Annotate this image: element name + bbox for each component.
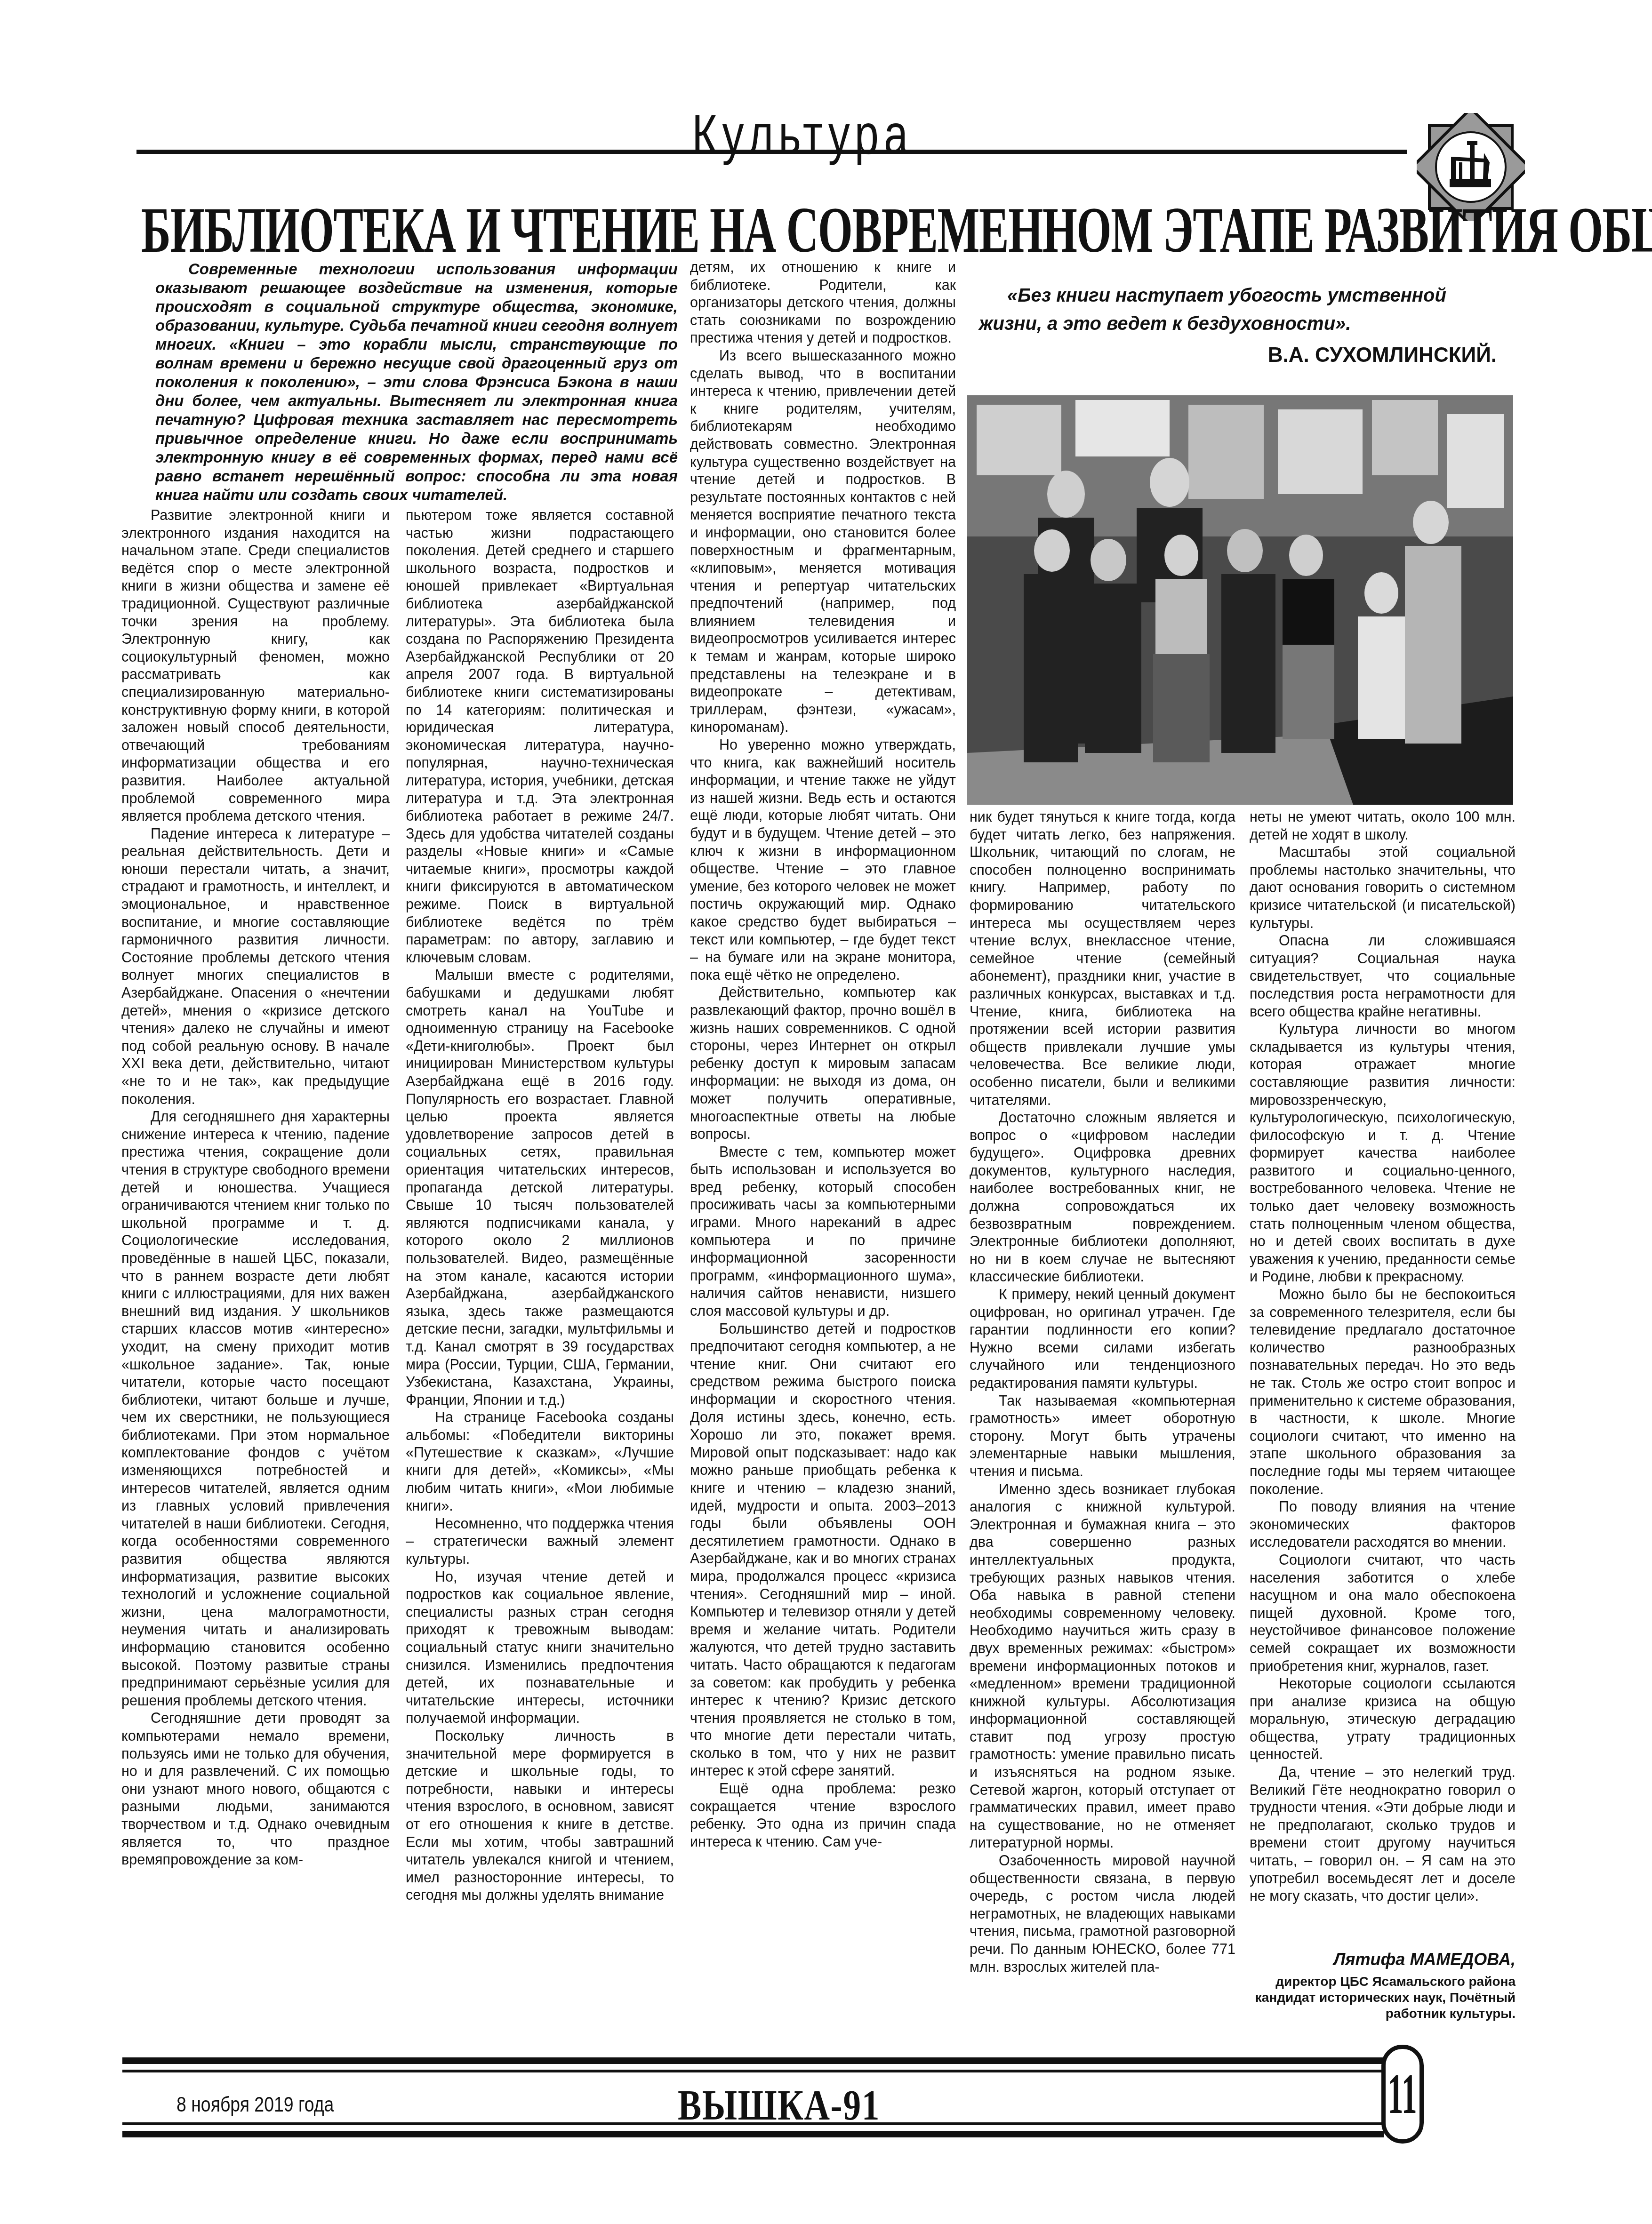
paragraph: Опасна ли сложившаяся ситуация? Социальн… xyxy=(1250,932,1516,1021)
paragraph: пьютером тоже является составной частью … xyxy=(406,507,674,967)
paragraph: Малыши вместе с родителями, бабушками и … xyxy=(406,967,674,1409)
paragraph: Но, изучая чтение детей и подростков как… xyxy=(406,1568,674,1728)
article-headline: БИБЛИОТЕКА И ЧТЕНИЕ НА СОВРЕМЕННОМ ЭТАПЕ… xyxy=(141,198,1090,263)
article-column-3: детям, их отношению к книге и библиотеке… xyxy=(690,259,956,2005)
paragraph: неты не умеют читать, около 100 млн. дет… xyxy=(1250,808,1516,844)
paragraph: Именно здесь возникает глубокая аналогия… xyxy=(970,1481,1235,1852)
paragraph: Ещё одна проблема: резко сокращается чте… xyxy=(690,1780,956,1851)
paragraph: Озабоченность мировой научной общественн… xyxy=(970,1852,1235,1976)
article-column-5: неты не умеют читать, около 100 млн. дет… xyxy=(1250,808,1516,1924)
paragraph: Сегодняшние дети проводят за компьютерам… xyxy=(121,1710,390,1869)
paragraph: Культура личности во многом складывается… xyxy=(1250,1021,1516,1286)
paragraph: Развитие электронной книги и электронног… xyxy=(121,507,390,825)
header-rule xyxy=(136,150,1407,154)
paragraph: Достаточно сложным является и вопрос о «… xyxy=(970,1109,1235,1286)
paragraph: ник будет тянуться к книге тогда, когда … xyxy=(970,808,1235,1109)
footer-rule-top-thin xyxy=(122,2070,1384,2072)
footer-rule-top-thick xyxy=(122,2057,1384,2064)
author-name: Лятифа МАМЕДОВА, xyxy=(1243,1948,1516,1971)
paragraph: Социологи считают, что часть населения з… xyxy=(1250,1552,1516,1675)
paragraph: Да, чтение – это нелегкий труд. Великий … xyxy=(1250,1764,1516,1905)
paragraph: Так называемая «компьютерная грамотность… xyxy=(970,1392,1235,1481)
article-photo xyxy=(967,395,1513,805)
paragraph: Для сегодняшнего дня характерны снижение… xyxy=(121,1108,390,1710)
paragraph: Можно было бы не беспокоиться за совреме… xyxy=(1250,1286,1516,1498)
paragraph: На странице Facebookа созданы альбомы: «… xyxy=(406,1409,674,1515)
article-column-1: Развитие электронной книги и электронног… xyxy=(121,507,390,2003)
page-number: 11 xyxy=(1388,2066,1417,2122)
article-column-4: ник будет тянуться к книге тогда, когда … xyxy=(970,808,1235,2004)
paragraph: Масштабы этой социальной проблемы настол… xyxy=(1250,844,1516,932)
article-lead: Современные технологии использования инф… xyxy=(155,260,678,504)
author-role: директор ЦБС Ясамальского района кандида… xyxy=(1243,1974,1516,2022)
paragraph: Вместе с тем, компьютер может быть испол… xyxy=(690,1144,956,1320)
paragraph: Большинство детей и подростков предпочит… xyxy=(690,1320,956,1780)
paragraph: По поводу влияния на чтение экономически… xyxy=(1250,1498,1516,1552)
issue-date: 8 ноября 2019 года xyxy=(176,2093,334,2117)
paragraph: Но уверенно можно утверждать, что книга,… xyxy=(690,736,956,984)
newspaper-name: ВЫШКА-91 xyxy=(678,2080,880,2130)
paragraph: детям, их отношению к книге и библиотеке… xyxy=(690,259,956,347)
author-signature: Лятифа МАМЕДОВА, директор ЦБС Ясамальско… xyxy=(1243,1948,1516,2022)
paragraph: Некоторые социологи ссылаются при анализ… xyxy=(1250,1675,1516,1764)
article-column-2: пьютером тоже является составной частью … xyxy=(406,507,674,2003)
paragraph: Действительно, компьютер как развлекающи… xyxy=(690,984,956,1143)
paragraph: Из всего вышесказанного можно сделать вы… xyxy=(690,347,956,736)
epigraph-author: В.А. СУХОМЛИНСКИЙ. xyxy=(1177,344,1497,367)
section-title: Культура xyxy=(692,103,913,167)
paragraph: Несомненно, что поддержка чтения – страт… xyxy=(406,1515,674,1568)
epigraph-quote: «Без книги наступает убогость умственной… xyxy=(979,281,1497,338)
page-number-badge: 11 xyxy=(1381,2045,1424,2144)
paragraph: К примеру, некий ценный документ оцифров… xyxy=(970,1286,1235,1392)
footer-rule-bottom-thick xyxy=(122,2131,1384,2137)
paragraph: Падение интереса к литературе – реальная… xyxy=(121,825,390,1109)
paragraph: Поскольку личность в значительной мере ф… xyxy=(406,1728,674,1904)
